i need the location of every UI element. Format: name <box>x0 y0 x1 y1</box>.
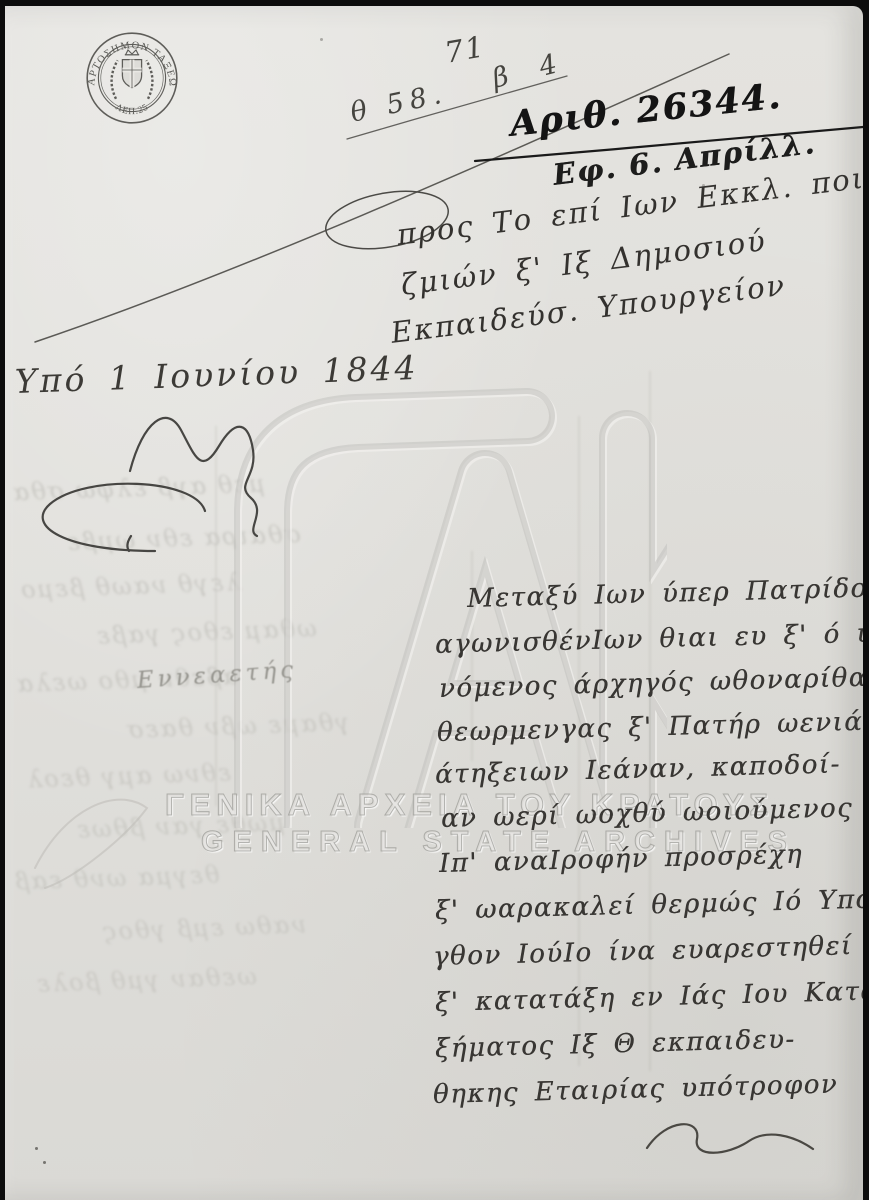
dust-speck <box>320 38 323 41</box>
closing-flourish <box>647 1124 813 1153</box>
svg-text:ΛΕΠ.25: ΛΕΠ.25 <box>113 102 150 117</box>
stamp-denomination: ΛΕΠ.25 <box>113 102 150 117</box>
dust-speck <box>35 1147 38 1150</box>
stamp-coat-of-arms-icon <box>112 50 153 99</box>
body-line: ξήματος Ιξ Θ εκπαιδευ- <box>435 1025 796 1064</box>
document-page: μεθ αγβ ελφω σθα σθαιρα εθν ωμβε λεγθ να… <box>5 6 863 1200</box>
bleedthrough-line: ναθω εμβ γθος <box>101 910 307 945</box>
registry-number: 71 <box>442 29 488 70</box>
body-line: θηκης Εταιρίας υπότροφον <box>433 1069 839 1110</box>
body-line: ξ' ωαρακαλεί θερμώς Ιό Υπουρ- <box>435 883 863 926</box>
registry-left-mark: θ 58. <box>348 78 450 129</box>
body-line: ξ' κατατάξη εν Ιάς Ιου Κατα- <box>435 976 863 1018</box>
bleedthrough-line: θεγμα ωνθ εαβ <box>13 860 220 895</box>
revenue-stamp-seal: ΧΑΡΤΟΣΗΜΟΝ ΤΑΞΕΩΣ ΛΕΠ.25 <box>84 30 180 126</box>
bleedthrough-line: ωεθαν γμθ βολε <box>35 962 258 998</box>
scanned-document: μεθ αγβ ελφω σθα σθαιρα εθν ωμβε λεγθ να… <box>0 0 869 1200</box>
registry-right-mark: β 4 <box>489 46 572 95</box>
dust-speck <box>43 1161 46 1164</box>
dust-speck <box>702 184 705 187</box>
body-line: γθον ΙούΙο ίνα ευαρεστηθεί <box>433 931 853 972</box>
